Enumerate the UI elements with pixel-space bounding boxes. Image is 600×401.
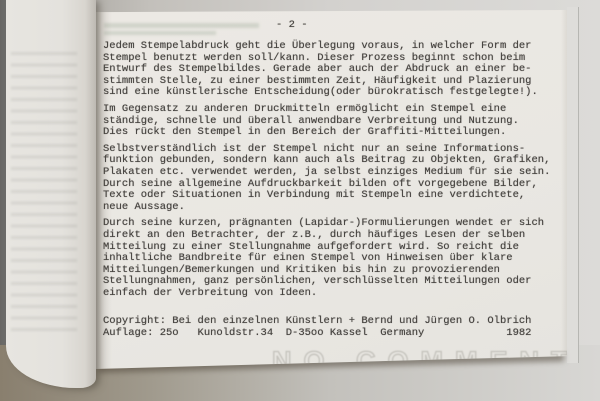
paragraph-2: Im Gegensatz zu anderen Druckmitteln erm… <box>103 104 550 139</box>
document-page: - 2 - Jedem Stempelabdruck geht die Über… <box>94 10 567 369</box>
show-through-smudge <box>104 23 259 28</box>
page-number: - 2 - <box>276 19 308 31</box>
show-through-lines <box>11 52 77 338</box>
book-page-photo: - 2 - Jedem Stempelabdruck geht die Über… <box>0 0 600 401</box>
imprint-block: Copyright: Bei den einzelnen Künstlern +… <box>103 316 531 339</box>
paragraph-1: Jedem Stempelabdruck geht die Überlegung… <box>103 41 550 99</box>
curled-left-page <box>6 0 96 388</box>
show-through-smudge <box>104 31 216 35</box>
page-body: Jedem Stempelabdruck geht die Überlegung… <box>103 41 550 304</box>
copyright-line: Copyright: Bei den einzelnen Künstlern +… <box>103 316 531 328</box>
paragraph-3: Selbstverständlich ist der Stempel nicht… <box>103 144 550 214</box>
page-stack-edge <box>567 7 579 363</box>
paragraph-4: Durch seine kurzen, prägnanten (Lapidar-… <box>103 218 550 299</box>
edition-address-line: Auflage: 25o Kunoldstr.34 D-35oo Kassel … <box>103 328 531 340</box>
